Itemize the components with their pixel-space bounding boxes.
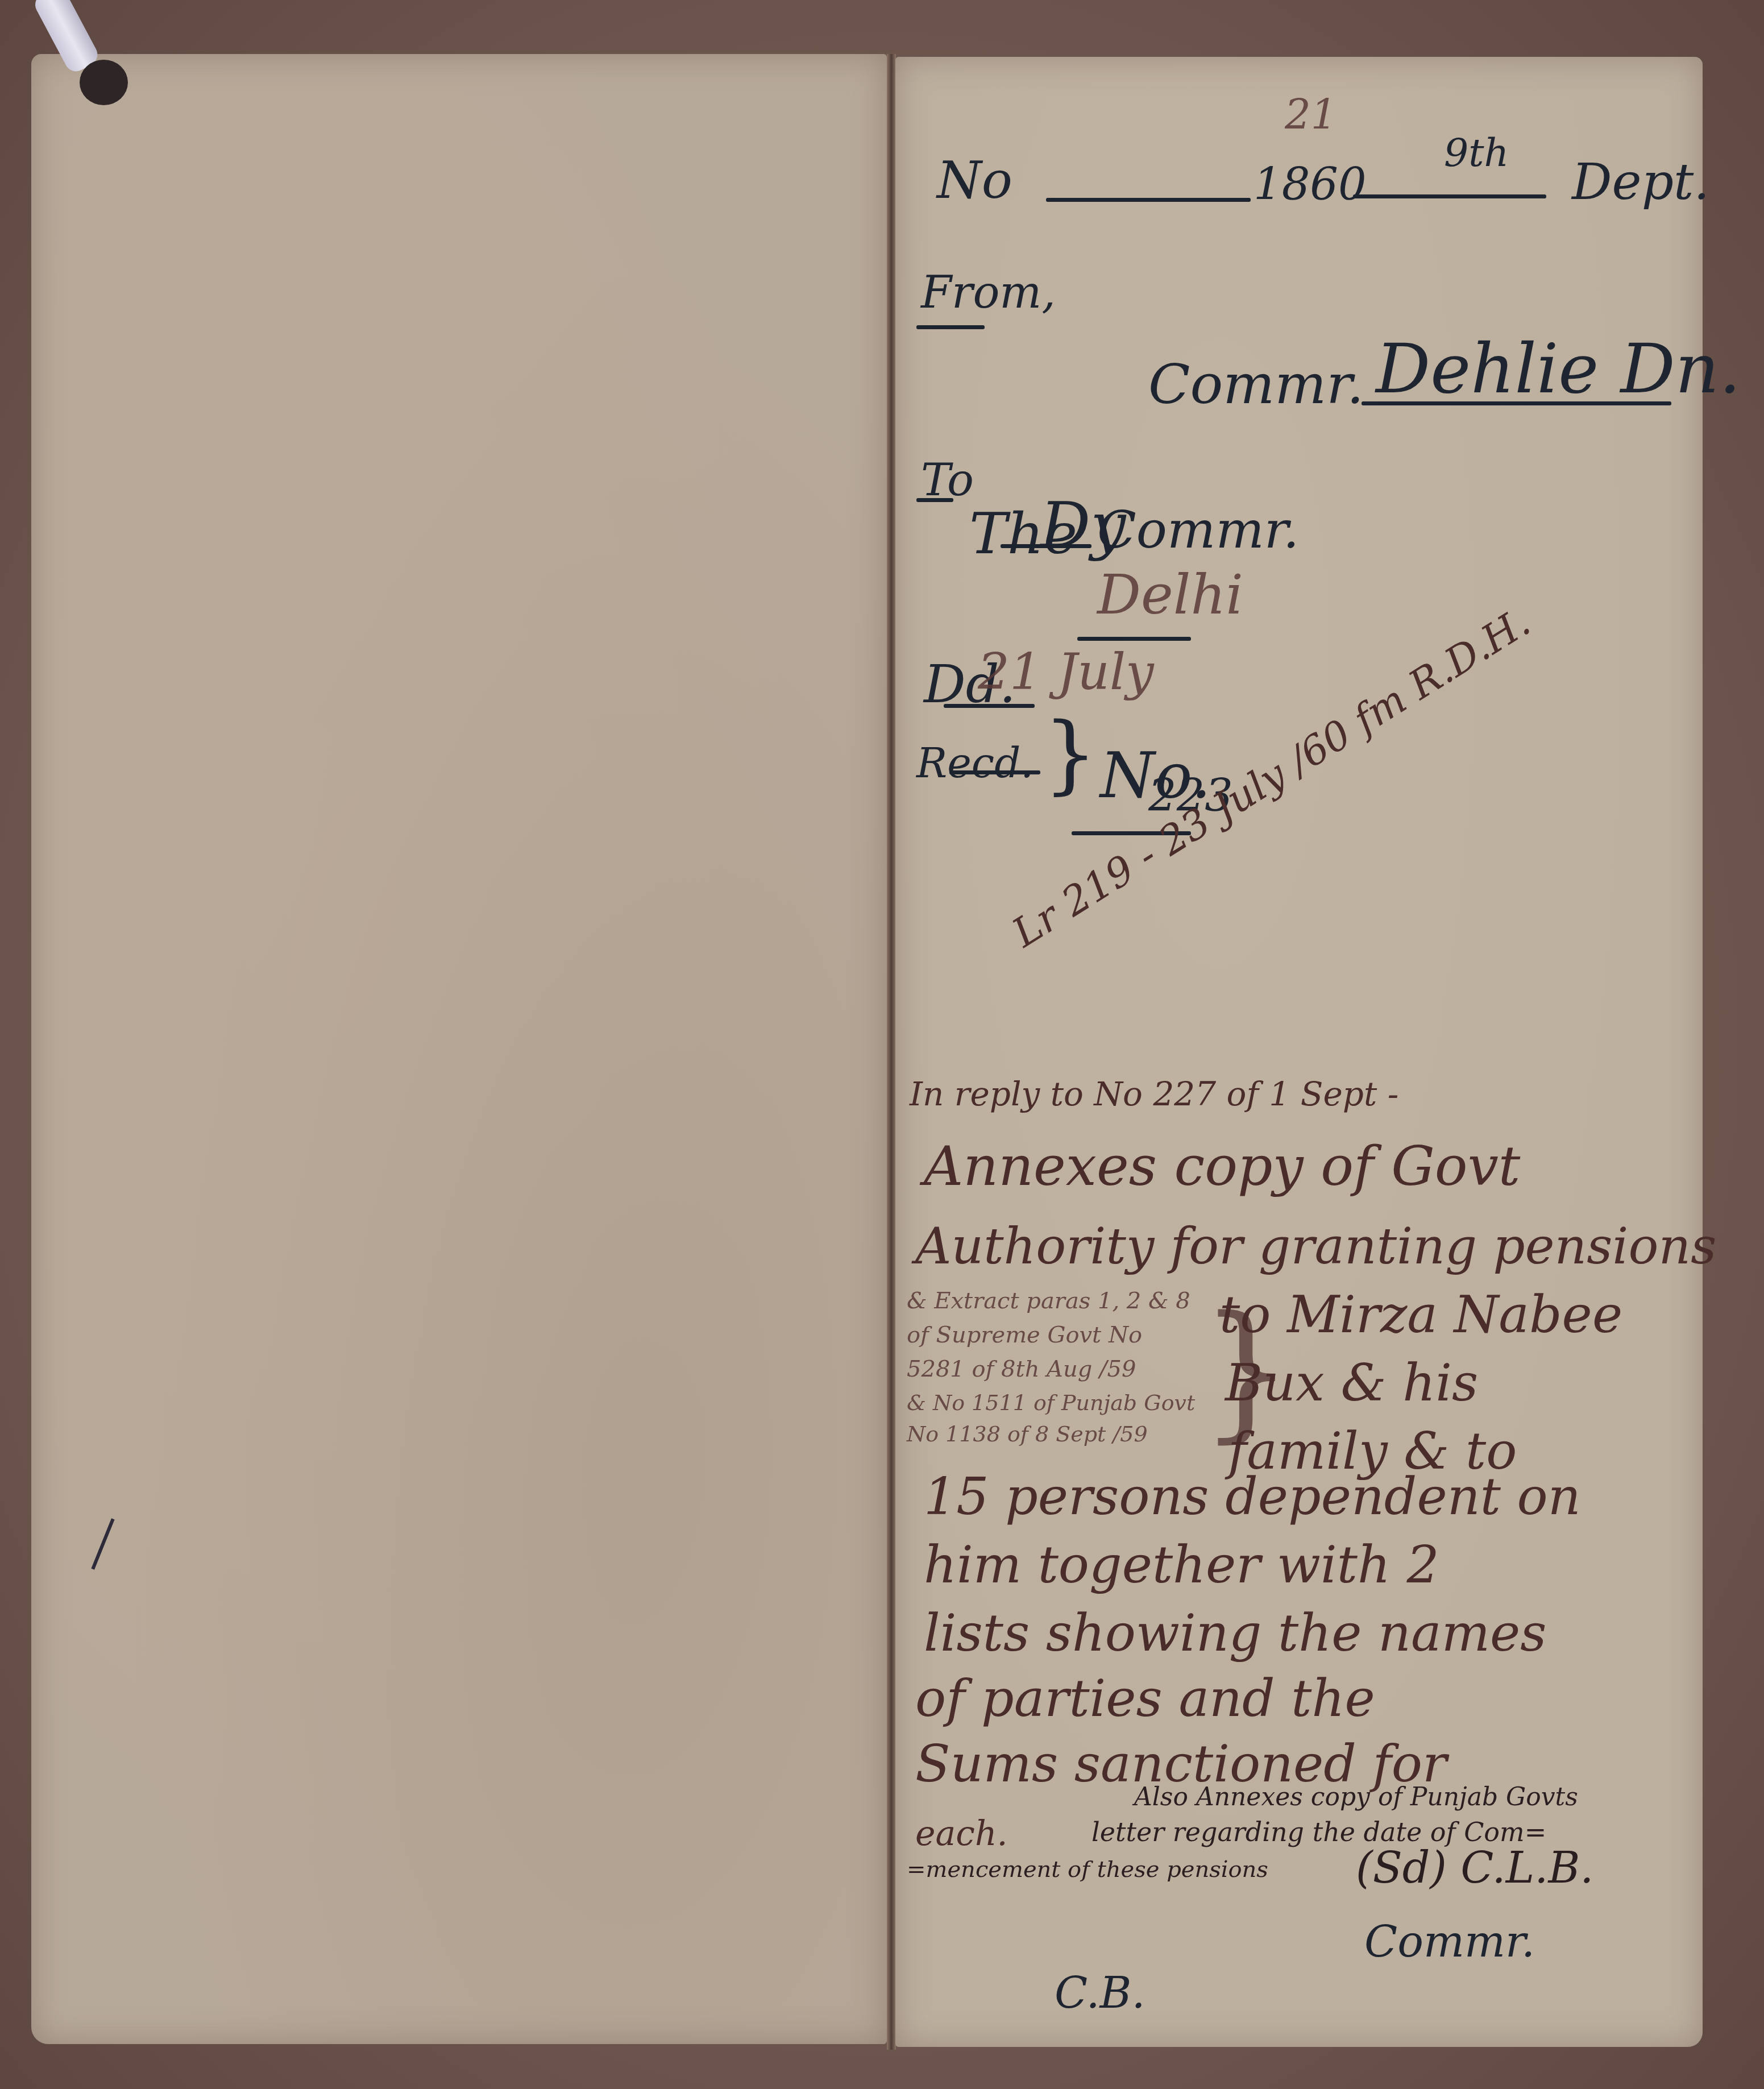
body-line: Annexes copy of Govt [924, 1134, 1520, 1198]
date-brace: } [1043, 705, 1097, 804]
received-label: Recd. [916, 739, 1034, 787]
left-page [31, 54, 887, 2044]
margin-note-line: of Supreme Govt No [907, 1322, 1142, 1348]
body-line: him together with 2 [924, 1535, 1439, 1595]
signature-title: Commr. [1364, 1916, 1535, 1967]
dated-value: 21 July [978, 643, 1154, 701]
to-value-suffix: Commr. [1097, 500, 1299, 560]
from-label: From, [921, 267, 1056, 318]
postscript-line: Also Annexes copy of Punjab Govts [1134, 1783, 1578, 1812]
postscript-line: =mencement of these pensions [907, 1856, 1268, 1883]
signature-initials: (Sd) C.L.B. [1356, 1842, 1593, 1893]
clerk-mark: C.B. [1055, 1967, 1145, 2018]
header-year: 1860 [1254, 159, 1367, 210]
body-line: Authority for granting pensions [915, 1217, 1716, 1275]
header-no-label: No [937, 151, 1012, 210]
body-line: lists showing the names [924, 1603, 1546, 1663]
body-line: of parties and the [915, 1669, 1375, 1729]
body-line: each. [915, 1814, 1008, 1854]
page-spine-fold [887, 54, 896, 2050]
dated-rule [944, 704, 1035, 708]
header-dept-number: 9th [1444, 131, 1509, 176]
header-rule-1 [1046, 198, 1251, 202]
from-value: Dehlie Dn. [1376, 330, 1741, 409]
body-line: In reply to No 227 of 1 Sept - [910, 1075, 1398, 1113]
punch-hole [80, 60, 128, 105]
from-label-rule [916, 325, 985, 329]
margin-note-line: & Extract paras 1, 2 & 8 [907, 1288, 1190, 1314]
header-dept-label: Dept. [1572, 152, 1709, 211]
to-label-rule [916, 498, 953, 502]
to-location: Delhi [1097, 563, 1243, 627]
margin-note-line: No 1138 of 8 Sept /59 [907, 1421, 1148, 1446]
margin-note-line: & No 1511 of Punjab Govt [907, 1390, 1195, 1415]
from-value-rule [1362, 401, 1671, 405]
header-rule-2 [1353, 194, 1546, 198]
header-year-superscript: 21 [1285, 91, 1337, 139]
body-line: 15 persons dependent on [924, 1467, 1581, 1527]
from-value-prefix: Commr. [1148, 353, 1364, 416]
margin-note-line: 5281 of 8th Aug /59 [907, 1356, 1136, 1382]
to-location-rule [1077, 637, 1191, 641]
margin-note-brace: } [1199, 1285, 1293, 1457]
received-rule [949, 770, 1040, 774]
